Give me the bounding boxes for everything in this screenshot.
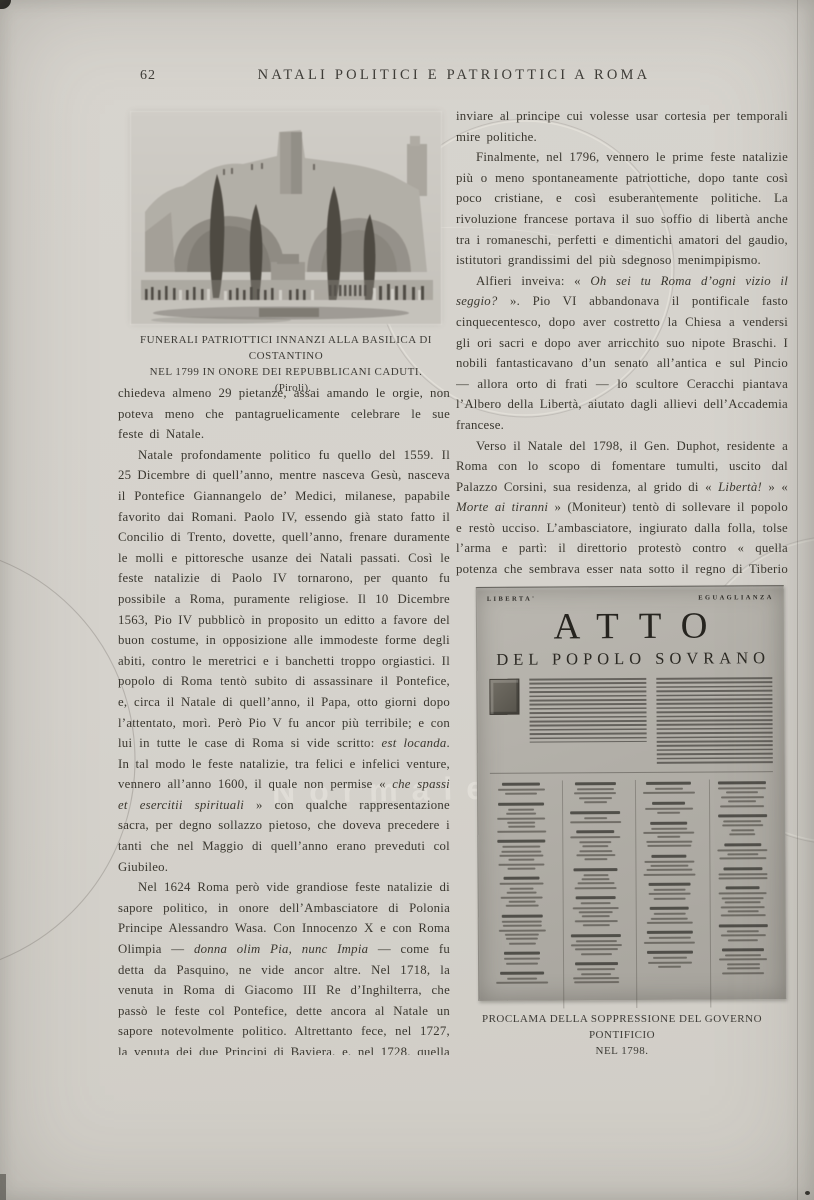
engraving-caption-line-1: FUNERALI PATRIOTTICI INNANZI ALLA BASILI… [131,332,441,364]
paragraph: Finalmente, nel 1796, vennero le prime f… [456,147,788,271]
poster-divider-rule [490,771,773,774]
poster-caption-line-2: NEL 1798. [456,1043,788,1059]
poster-subtitle: DEL POPOLO SOVRANO [477,648,784,670]
paragraph: Alfieri inveiva: « Oh sei tu Roma d’ogni… [456,271,788,436]
right-text-column: inviare al principe cui volesse usar cor… [456,106,788,582]
poster-initial-cap-woodcut [489,679,519,715]
poster-caption-line-1: PROCLAMA DELLA SOPPRESSIONE DEL GOVERNO … [456,1011,788,1043]
poster-intro-column-left [529,678,646,743]
poster-department-lists [488,779,776,1009]
paragraph: Verso il Natale del 1798, il Gen. Duphot… [456,436,788,583]
engraving-caption-text: NEL 1799 IN ONORE DEI REPUBBLICANI CADUT… [150,366,423,378]
poster-top-row: LIBERTA' EGUAGLIANZA [477,586,784,603]
left-text-column: chiedeva almeno 29 pietanze, assai amand… [118,383,450,1055]
paragraph: Natale profondamente politico fu quello … [118,445,450,877]
poster-list-column [488,780,556,1008]
poster-caption: PROCLAMA DELLA SOPPRESSIONE DEL GOVERNO … [456,1011,788,1059]
poster-title: ATTO [477,606,784,648]
engraving-figure: FUNERALI PATRIOTTICI INNANZI ALLA BASILI… [131,112,441,396]
scan-speck [0,1174,6,1200]
poster-intro-section [489,677,773,765]
poster-eguaglianza-label: EGUAGLIANZA [698,594,774,601]
poster-figure: LIBERTA' EGUAGLIANZA ATTO DEL POPOLO SOV… [476,585,787,1001]
paragraph: Nel 1624 Roma però vide grandiose feste … [118,877,450,1055]
poster-list-column [635,780,703,1008]
paragraph: inviare al principe cui volesse usar cor… [456,106,788,147]
poster-intro-column-right [656,677,773,764]
engraving-image [131,112,441,324]
poster-liberta-label: LIBERTA' [487,596,537,603]
poster-list-column [708,779,776,1007]
paragraph: chiedeva almeno 29 pietanze, assai amand… [118,383,450,445]
page-edge-line [797,0,798,1200]
poster-list-column [561,780,629,1008]
running-title: NATALI POLITICI E PATRIOTTICI A ROMA [118,67,790,84]
scan-speck [805,1191,810,1195]
scanned-book-page: Normale 62 NATALI POLITICI E PATRIOTTICI… [0,0,814,1200]
